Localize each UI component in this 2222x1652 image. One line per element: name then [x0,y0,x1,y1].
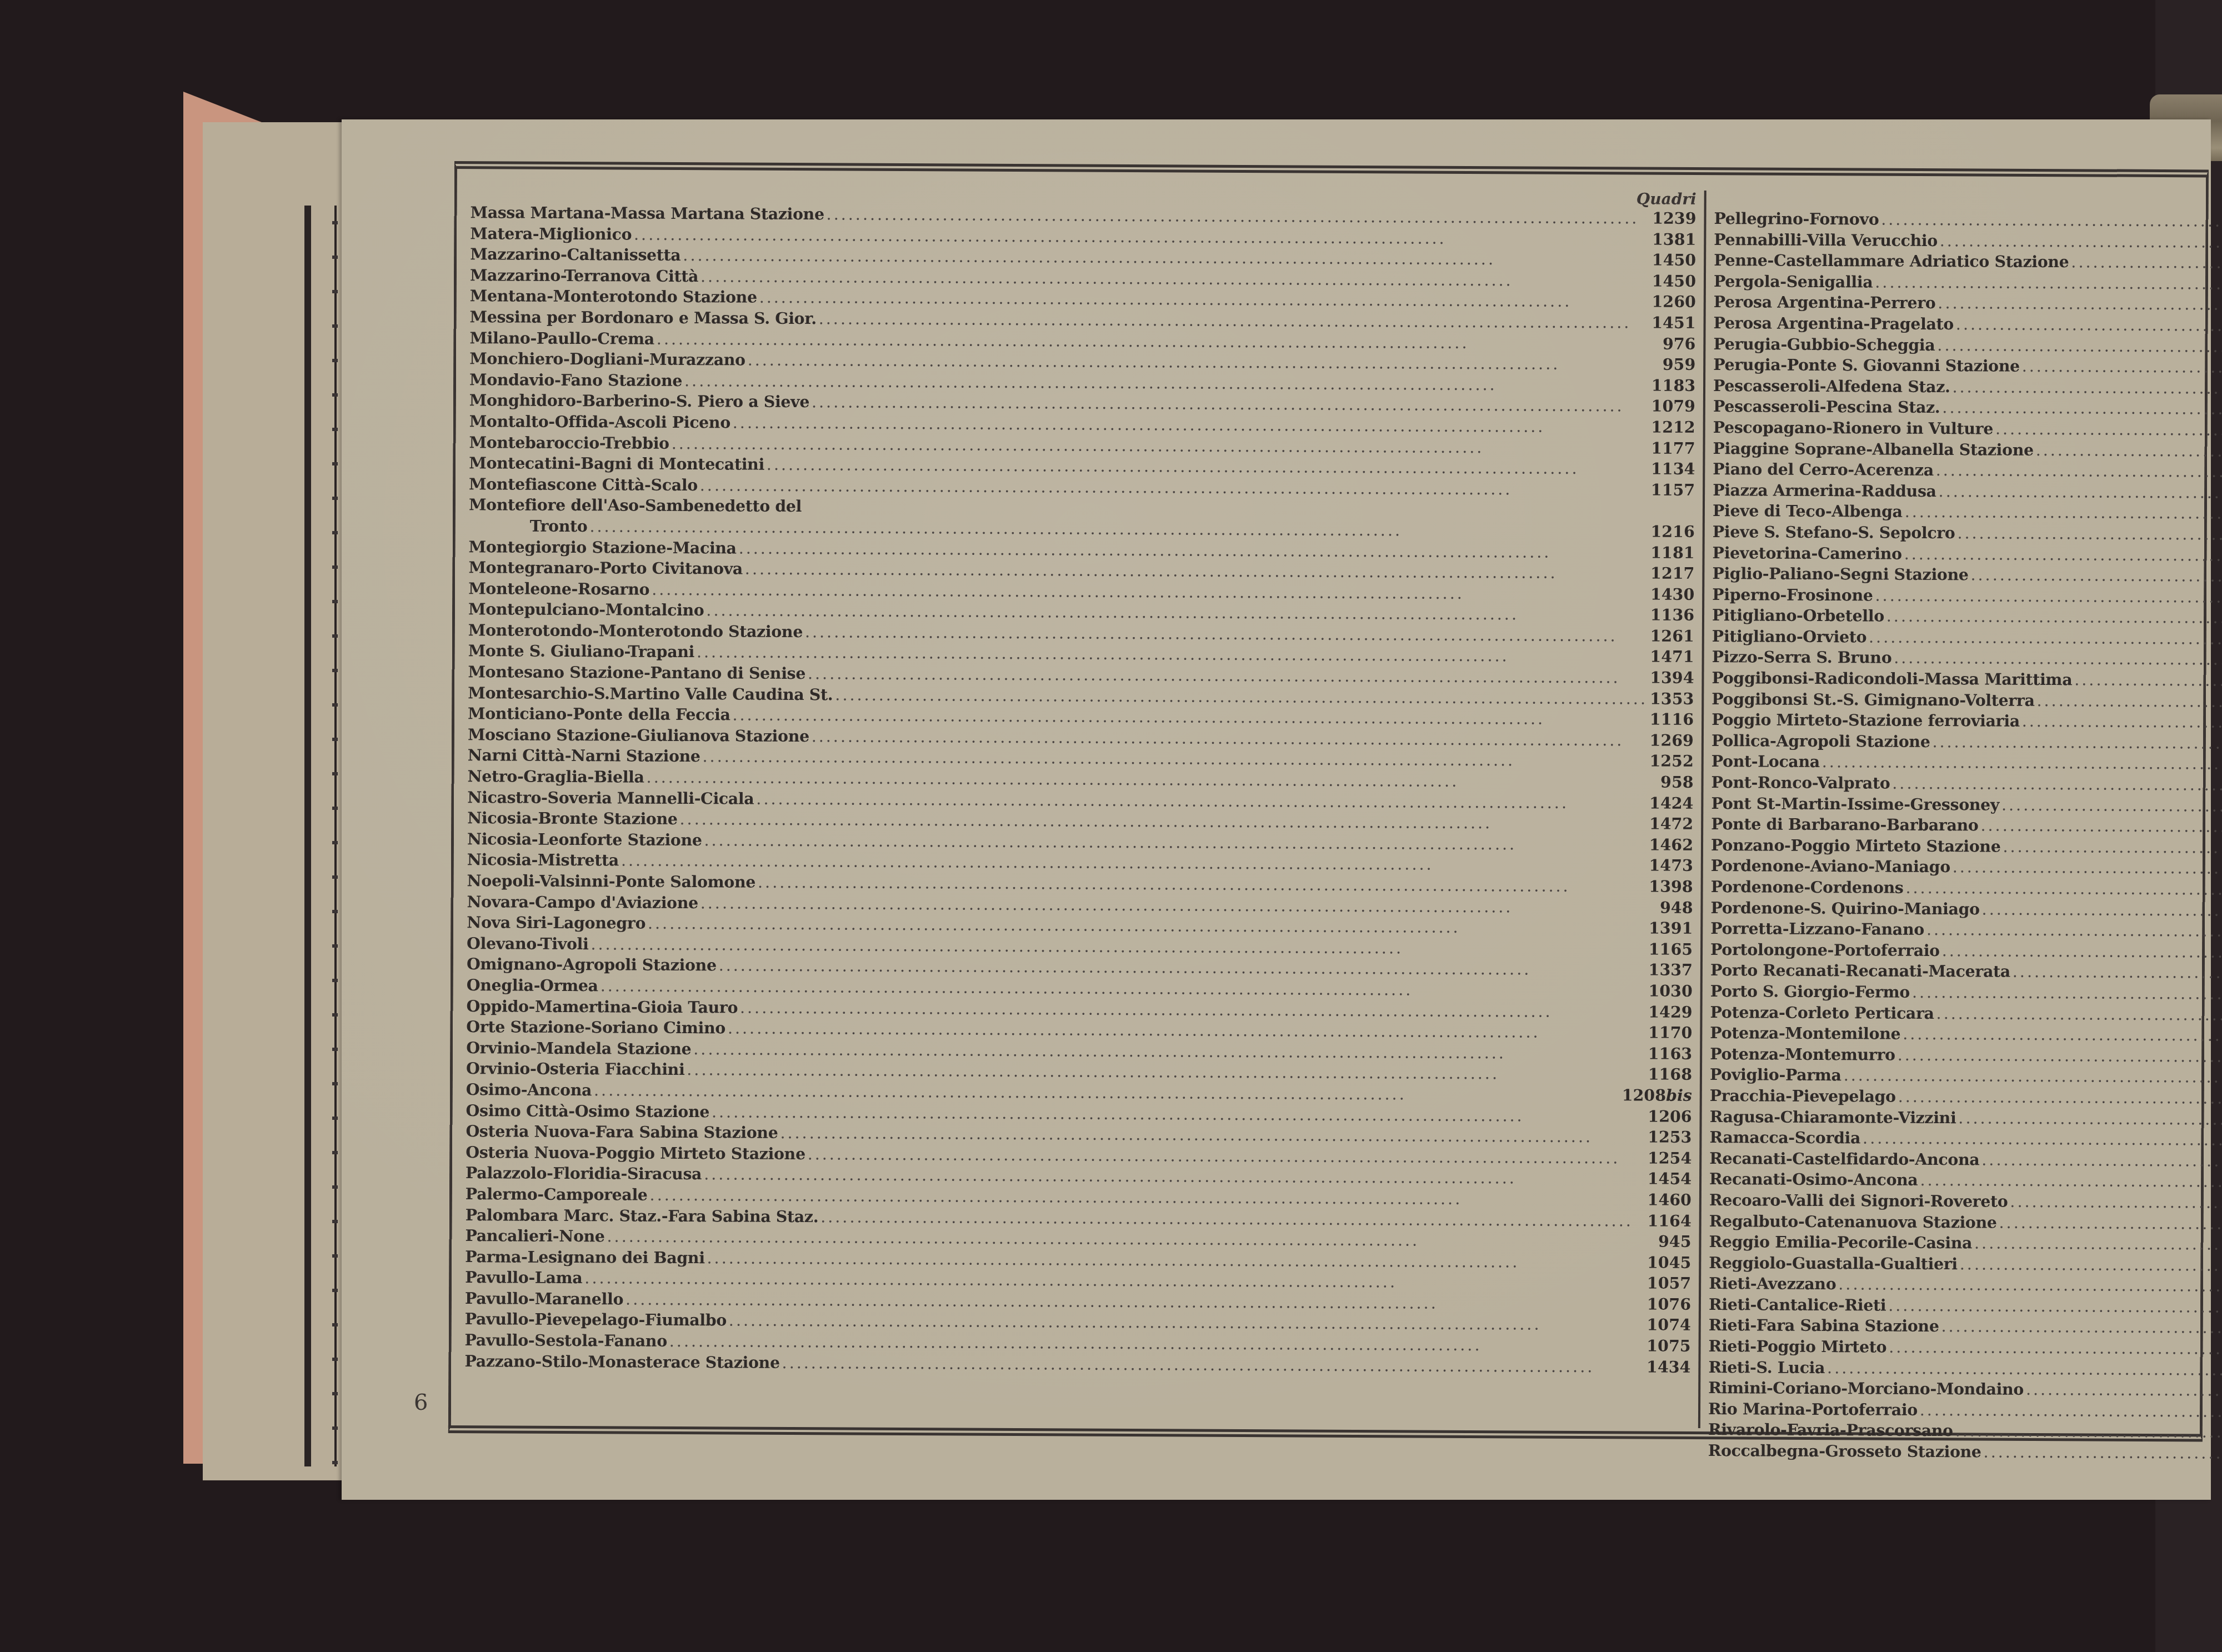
entry-route-name: Piaggine Soprane-Albanella Stazione [1713,438,2033,460]
entry-route-name: Monticiano-Ponte della Feccia [468,703,730,725]
entry-quadro-number: 1217 [1650,563,1695,584]
entry-route-name: Pizzo-Serra S. Bruno [1712,647,1892,669]
entry-route-name: Portolongone-Portoferraio [1710,939,1940,962]
entry-route-name: Pescasseroli-Pescina Staz. [1713,396,1940,418]
entry-quadro-number: 945 [1654,1232,1691,1253]
entry-quadro-number: 1424 [1649,793,1694,814]
entry-route-name: Pazzano-Stilo-Monasterace Stazione [464,1351,779,1373]
quadro-value: 1074 [1647,1315,1690,1334]
entry-route-name: Omignano-Agropoli Stazione [467,954,717,976]
entry-route-name: Montalto-Offida-Ascoli Piceno [469,411,730,433]
entry-quadro-number: 1434 [1647,1356,1691,1378]
quadro-value: 1216 [1650,522,1694,540]
entry-route-name: Nova Siri-Lagonegro [467,912,645,934]
entry-route-name-continued: Tronto [469,515,588,537]
quadro-value: 1134 [1651,459,1695,478]
entry-quadro-number: 1116 [1650,709,1694,730]
entry-route-name: Monghidoro-Barberino-S. Piero a Sieve [469,390,809,413]
entry-quadro-number: 1260 [1652,292,1696,313]
entry-quadro-number: 1429 [1648,1002,1693,1023]
entry-quadro-number: 1212 [1651,417,1695,438]
dot-leader [782,1353,1645,1378]
entry-quadro-number: 1057 [1647,1273,1691,1294]
quadro-value: 1181 [1650,543,1694,562]
quadro-value: 1473 [1649,856,1693,875]
index-column-1: Quadri Massa Martana-Massa Martana Stazi… [457,184,1706,1428]
quadro-value: 1254 [1648,1148,1691,1167]
entry-quadro-number: 1381 [1652,229,1696,250]
entry-route-name: Nicosia-Leonforte Stazione [467,829,702,851]
quadro-value: 1168 [1648,1065,1692,1084]
entry-route-name: Pont St-Martin-Issime-Gressoney [1711,793,1999,815]
quadro-value: 1454 [1648,1169,1691,1188]
entry-route-name: Pieve di Teco-Albenga [1713,500,1903,522]
entry-route-name: Pont-Ronco-Valprato [1711,772,1890,794]
entry-route-name: Pavullo-Sestola-Fanano [465,1330,667,1351]
entry-quadro-number: 1450 [1652,271,1696,292]
entry-route-name: Ragusa-Chiaramonte-Vizzini [1710,1107,1956,1129]
entry-quadro-number: 1216 [1650,521,1695,542]
entry-route-name: Mosciano Stazione-Giulianova Stazione [468,724,809,747]
entry-quadro-number: 1183 [1652,375,1696,396]
quadro-value: 1217 [1650,564,1694,583]
entry-route-name: Pieve S. Stefano-S. Sepolcro [1713,522,1955,544]
entry-route-name: Montesarchio-S.Martino Valle Caudina St. [468,683,833,705]
entry-route-name: Montefiore dell'Aso-Sambenedetto del [469,494,802,517]
quadro-value: 1136 [1650,605,1694,624]
entry-route-name: Nicosia-Bronte Stazione [467,808,678,829]
entry-route-name: Rieti-S. Lucia [1708,1357,1825,1379]
entry-route-name: Recoaro-Valli dei Signori-Rovereto [1709,1190,2008,1212]
quadro-value: 1075 [1647,1336,1690,1355]
index-column-2: Quadri Pellegrino-Fornovo1061Pennabilli-… [1700,191,2222,1434]
entry-route-name: Rivarolo-Favria-Prascorsano [1708,1419,1953,1441]
entry-quadro-number: 1473 [1649,855,1693,877]
entry-route-name: Porto Recanati-Recanati-Macerata [1710,960,2010,982]
entry-quadro-number: 1253 [1648,1127,1692,1148]
entry-route-name: Montepulciano-Montalcino [468,599,704,621]
entry-quadro-number: 1208bis [1622,1085,1692,1106]
quadro-value: 1030 [1648,981,1692,1000]
quadro-value: 1164 [1647,1211,1691,1230]
quadro-value: 1252 [1649,752,1693,770]
quadro-value: 1471 [1650,647,1694,666]
entry-route-name: Mazzarino-Terranova Città [470,265,698,287]
entry-quadro-number: 1337 [1649,960,1693,981]
quadro-value: 1337 [1649,960,1693,979]
quadro-value: 1261 [1650,626,1694,645]
entry-route-name: Montebaroccio-Trebbio [469,432,669,454]
entry-route-name: Nicosia-Mistretta [467,850,619,872]
entry-route-name: Pracchia-Pievepelago [1710,1085,1896,1107]
entry-route-name: Mondavio-Fano Stazione [469,369,682,391]
entry-route-name: Matera-Miglionico [470,223,632,245]
entry-route-name: Pescasseroli-Alfedena Staz. [1713,376,1950,398]
quadro-value: 958 [1660,773,1694,792]
entry-route-name: Montecatini-Bagni di Montecatini [469,453,764,475]
entry-quadro-number: 1462 [1649,834,1694,855]
entry-quadro-number: 976 [1659,333,1695,354]
entry-route-name: Rieti-Fara Sabina Stazione [1709,1315,1939,1338]
quadro-value: 1434 [1647,1357,1690,1376]
quadro-value: 1424 [1649,793,1693,812]
quadro-value: 1057 [1647,1274,1691,1293]
entry-route-name: Poviglio-Parma [1710,1064,1841,1086]
index-columns: Quadri Massa Martana-Massa Martana Stazi… [457,184,2200,1430]
entry-route-name: Mentana-Monterotondo Stazione [470,286,757,308]
quadro-value: 1451 [1652,313,1695,332]
entry-quadro-number: 1353 [1650,688,1694,709]
underlying-page-ticks [332,206,338,1466]
quadro-value: 1429 [1648,1002,1692,1021]
entry-route-name: Regalbuto-Catenanuova Stazione [1709,1211,1997,1233]
entry-route-name: Pellegrino-Fornovo [1714,208,1879,230]
entry-route-name: Poggibonsi-Radicondoli-Massa Marittima [1711,668,2072,690]
entry-route-name: Ponzano-Poggio Mirteto Stazione [1711,835,2001,857]
entry-quadro-number: 958 [1657,772,1694,793]
entry-quadro-number: 1157 [1651,479,1695,500]
entry-route-name: Poggio Mirteto-Stazione ferroviaria [1711,709,2020,732]
entry-route-name: Rio Marina-Portoferraio [1708,1399,1918,1420]
entry-route-name: Pordenone-S. Quirino-Maniago [1710,898,1979,920]
entry-route-name: Recanati-Osimo-Ancona [1709,1169,1918,1190]
entry-route-name: Ponte di Barbarano-Barbarano [1711,814,1978,836]
entry-route-name: Noepoli-Valsinni-Ponte Salomone [467,870,756,893]
quadro-value: 1472 [1649,814,1693,833]
entry-route-name: Piglio-Paliano-Segni Stazione [1712,563,1968,585]
entry-quadro-number: 1206 [1648,1106,1692,1127]
entry-route-name: Poggibonsi St.-S. Gimignano-Volterra [1711,689,2034,711]
entry-route-name: Ramacca-Scordia [1709,1127,1860,1149]
entry-route-name: Pordenone-Cordenons [1711,877,1904,898]
page-number: 6 [414,1390,428,1415]
entry-quadro-number: 1460 [1648,1189,1692,1210]
quadro-value: 1163 [1648,1044,1692,1063]
entry-route-name: Monchiero-Dogliani-Murazzano [469,348,745,371]
entry-route-name: Mazzarino-Caltanissetta [470,244,680,266]
entry-route-name: Narni Città-Narni Stazione [468,745,700,768]
quadro-value: 1076 [1647,1294,1691,1313]
quadro-value: 1208 [1622,1085,1666,1104]
entry-route-name: Messina per Bordonaro e Massa S. Gior. [470,307,817,329]
quadro-value: 1391 [1649,919,1693,938]
entry-route-name: Osteria Nuova-Fara Sabina Stazione [466,1121,778,1143]
entry-quadro-number: 1136 [1650,605,1695,626]
entry-route-name: Pont-Locana [1711,752,1820,773]
entry-quadro-number: 1239 [1652,208,1696,229]
quadro-value: 1381 [1652,229,1696,248]
entry-route-name: Pennabilli-Villa Verucchio [1714,229,1938,252]
entry-quadro-number: 948 [1656,897,1693,918]
entry-quadro-number: 1177 [1651,438,1695,459]
entry-quadro-number: 1134 [1651,459,1695,480]
quadro-value: 1165 [1649,939,1693,958]
entry-route-name: Potenza-Montemurro [1710,1044,1895,1065]
entry-route-name: Perugia-Gubbio-Scheggia [1713,334,1935,356]
quadro-value: 959 [1663,355,1696,374]
entry-route-name: Monterotondo-Monterotondo Stazione [468,620,803,643]
entry-route-name: Osimo Città-Osimo Stazione [466,1100,710,1123]
entry-route-name: Orvinio-Mandela Stazione [466,1038,691,1060]
quadro-value: 1239 [1652,209,1696,228]
entry-quadro-number: 1076 [1647,1294,1691,1315]
entry-route-name: Monte S. Giuliano-Trapani [468,641,695,663]
quadro-value: 1157 [1651,480,1695,499]
entry-route-name: Penne-Castellammare Adriatico Stazione [1714,250,2069,273]
entry-route-name: Montegranaro-Porto Civitanova [468,557,743,579]
entry-route-name: Massa Martana-Massa Martana Stazione [470,202,824,225]
entry-route-name: Recanati-Castelfidardo-Ancona [1709,1148,1979,1170]
entry-route-name: Nicastro-Soveria Mannelli-Cicala [467,787,754,809]
entry-route-name: Milano-Paullo-Crema [469,328,654,349]
entry-quadro-number: 1252 [1649,751,1694,772]
entry-quadro-number: 1181 [1650,542,1695,563]
quadro-value: 1045 [1647,1253,1691,1271]
entry-route-name: Pitigliano-Orbetello [1712,605,1884,627]
entry-quadro-number: 1168 [1648,1064,1693,1085]
entry-route-name: Pavullo-Pievepelago-Fiumalbo [465,1309,727,1331]
entry-route-name: Pievetorina-Camerino [1713,543,1902,564]
entry-route-name: Piazza Armerina-Raddusa [1713,480,1936,502]
entry-route-name: Rieti-Poggio Mirteto [1709,1336,1887,1358]
quadro-value: 1177 [1651,438,1695,457]
entry-route-name: Palombara Marc. Staz.-Fara Sabina Staz. [466,1205,819,1228]
entry-quadro-number: 1045 [1647,1252,1691,1273]
entry-quadro-number: 1075 [1647,1336,1691,1357]
entry-quadro-number: 1170 [1648,1023,1693,1044]
entry-quadro-number: 1451 [1652,313,1696,334]
entry-route-name: Potenza-Corleto Perticara [1710,1002,1934,1024]
entry-route-name: Oneglia-Ormea [467,975,598,997]
quadro-value: 1253 [1648,1128,1691,1147]
entry-route-name: Reggio Emilia-Pecorile-Casina [1709,1232,1972,1254]
entry-route-name: Orvinio-Osteria Fiacchini [466,1058,685,1080]
entry-route-name: Piperno-Frosinone [1712,584,1873,606]
entry-quadro-number: 1398 [1649,877,1693,898]
quadro-value: 1398 [1649,877,1693,896]
entry-route-name: Pitigliano-Orvieto [1712,626,1866,648]
entry-route-name: Rieti-Cantalice-Rieti [1709,1294,1886,1316]
entry-route-name: Monteleone-Rosarno [468,578,649,600]
entry-quadro-number: 1254 [1648,1148,1692,1169]
entry-quadro-number: 1471 [1650,647,1694,668]
entry-route-name: Rieti-Avezzano [1709,1273,1836,1295]
entry-route-name: Montesano Stazione-Pantano di Senise [468,662,805,684]
entry-route-name: Montegiorgio Stazione-Macina [469,537,737,559]
quadro-value: 1450 [1652,251,1696,269]
entry-route-name: Perugia-Ponte S. Giovanni Stazione [1713,354,2020,377]
entry-route-name: Roccalbegna-Grosseto Stazione [1708,1440,1981,1463]
entry-quadro-number: 1454 [1648,1169,1692,1190]
entry-quadro-number: 1163 [1648,1043,1693,1064]
quadro-value: 1353 [1650,689,1694,708]
entry-quadro-number: 1472 [1649,814,1694,835]
entry-route-name: Porretta-Lizzano-Fanano [1710,918,1924,940]
entry-quadro-number: 1394 [1650,668,1694,689]
entry-route-name: Pordenone-Aviano-Maniago [1711,855,1950,878]
entry-route-name: Olevano-Tivoli [467,933,588,955]
quadro-value: 1170 [1648,1023,1692,1042]
quadro-value: 1394 [1650,668,1694,687]
quadro-value: 1079 [1652,397,1695,415]
quadro-value: 1462 [1649,835,1693,854]
entry-route-name: Novara-Campo d'Aviazione [467,892,698,914]
entry-route-name: Palazzolo-Floridia-Siracusa [466,1163,702,1185]
quadro-value: 976 [1663,334,1696,353]
quadro-value: 1183 [1652,376,1695,394]
entry-quadro-number: 1391 [1649,918,1693,939]
entry-quadro-number: 1261 [1650,625,1694,647]
entry-route-name: Pancalieri-None [465,1225,604,1247]
quadro-suffix: bis [1666,1086,1692,1105]
quadro-value: 1260 [1652,292,1695,311]
entry-route-name: Pergola-Senigallia [1714,271,1873,293]
entry-quadro-number: 959 [1659,354,1695,376]
entry-route-name: Orte Stazione-Soriano Cimino [466,1017,725,1039]
entry-quadro-number: 1165 [1649,939,1693,960]
entry-route-name: Montefiascone Città-Scalo [469,474,698,496]
entry-route-name: Osimo-Ancona [466,1079,592,1101]
entry-route-name: Reggiolo-Guastalla-Gualtieri [1709,1253,1958,1275]
entry-route-name: Perosa Argentina-Perrero [1714,292,1936,314]
entry-route-name: Oppido-Mamertina-Gioia Tauro [466,996,738,1018]
entry-route-name: Rimini-Coriano-Morciano-Mondaino [1708,1378,2024,1400]
quadro-value: 1450 [1652,271,1696,290]
quadro-value: 1212 [1651,417,1695,436]
quadro-value: 1430 [1650,584,1694,603]
quadro-value: 1269 [1650,730,1694,749]
quadro-value: 945 [1658,1232,1691,1251]
entry-route-name: Pavullo-Maranello [465,1288,623,1310]
entry-route-name: Pollica-Agropoli Stazione [1711,730,1930,753]
quadro-value: 1460 [1648,1190,1691,1209]
entry-route-name: Osteria Nuova-Poggio Mirteto Stazione [466,1142,805,1165]
quadro-value: 948 [1660,898,1693,917]
entry-route-name: Perosa Argentina-Pragelato [1714,313,1954,335]
index-table-frame: Quadri Massa Martana-Massa Martana Stazi… [448,161,2209,1441]
entry-route-name: Netro-Graglia-Biella [467,766,644,788]
entry-route-name: Potenza-Montemilone [1710,1023,1900,1044]
entry-route-name: Piano del Cerro-Acerenza [1713,459,1934,481]
entry-route-name: Pavullo-Lama [465,1267,582,1289]
entry-quadro-number: 1074 [1647,1315,1691,1336]
entry-route-name: Pescopagano-Rionero in Vulture [1713,417,1993,439]
entry-quadro-number: 1079 [1652,396,1696,417]
entry-quadro-number: 1269 [1650,730,1694,751]
entry-quadro-number: 1430 [1650,584,1695,605]
entry-quadro-number: 1030 [1648,980,1693,1002]
entry-quadro-number: 1450 [1652,250,1696,271]
entry-route-name: Parma-Lesignano dei Bagni [465,1246,704,1269]
quadro-value: 1206 [1648,1107,1691,1125]
entry-quadro-number: 1164 [1647,1210,1691,1232]
quadro-value: 1116 [1650,710,1694,729]
entry-route-name: Palermo-Camporeale [466,1184,648,1205]
entry-route-name: Porto S. Giorgio-Fermo [1710,981,1910,1003]
